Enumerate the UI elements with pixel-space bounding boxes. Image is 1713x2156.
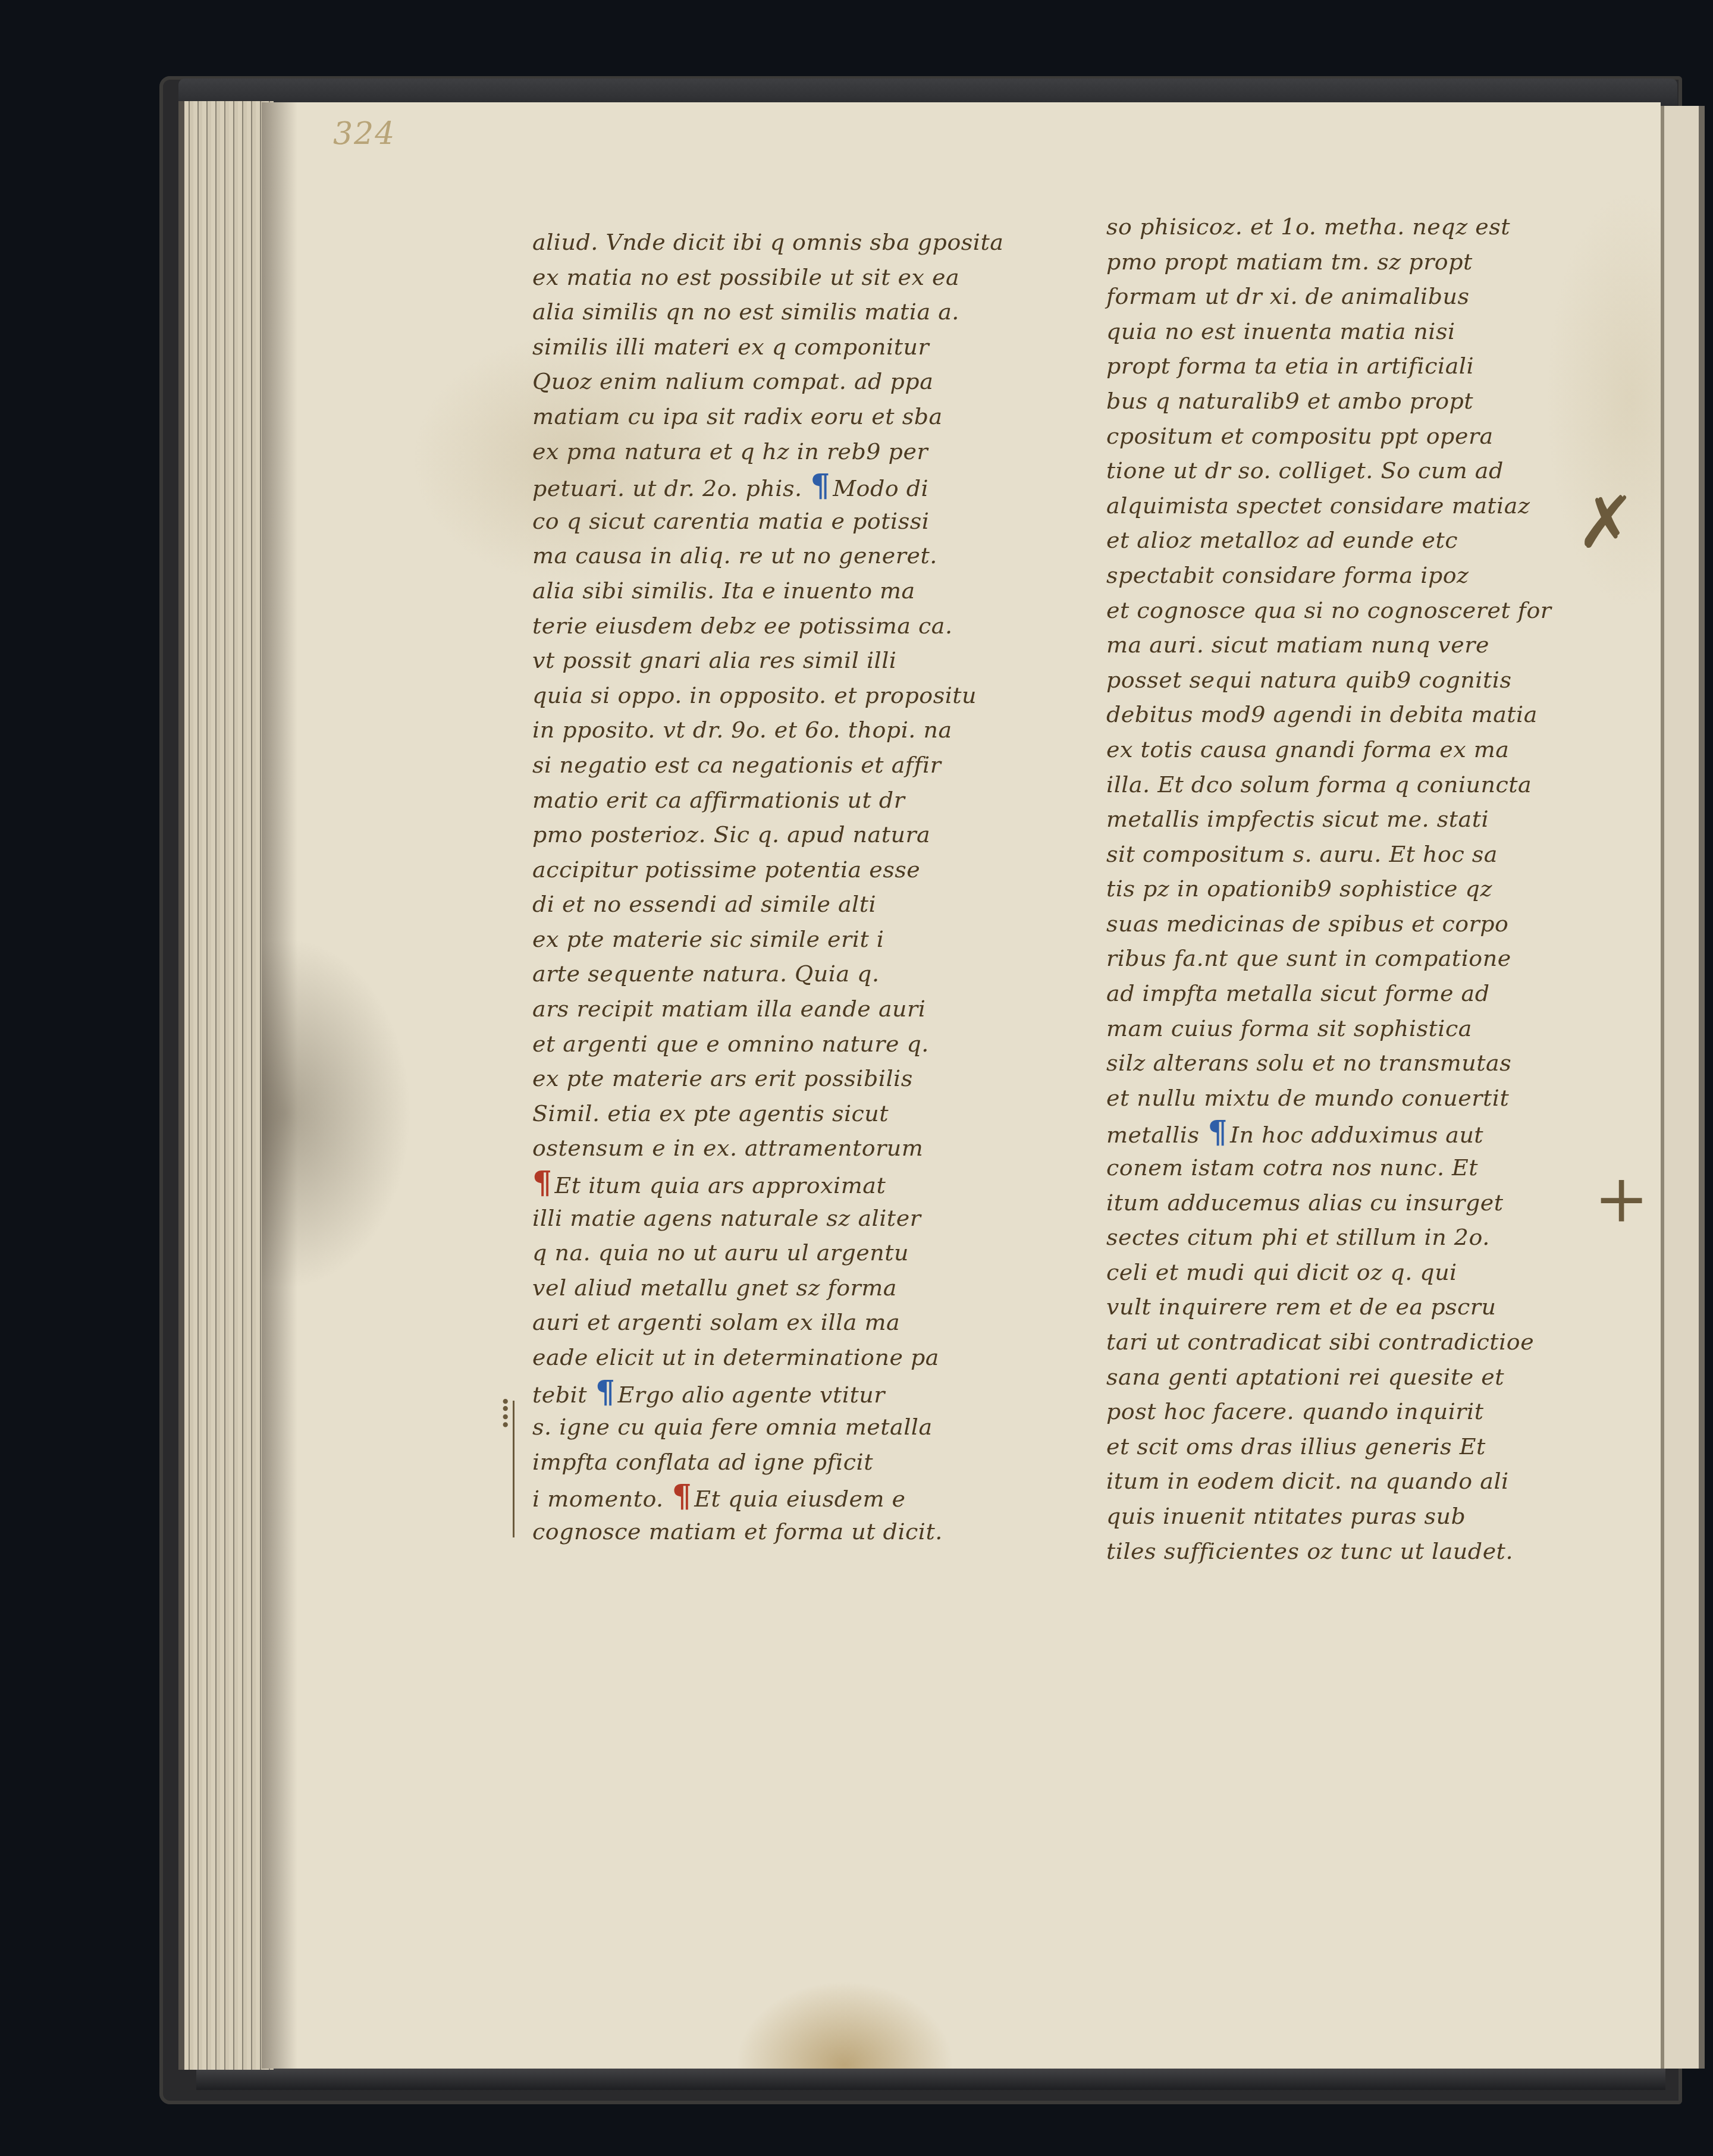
line-text: itum in eodem dicit. na quando ali: [1106, 1468, 1509, 1494]
text-line: pmo posterioz. Sic q. apud natura: [532, 817, 1044, 852]
folio-number: 324: [333, 116, 396, 152]
line-text: silz alterans solu et no transmutas: [1106, 1050, 1511, 1076]
text-line: post hoc facere. quando inquirit: [1106, 1394, 1630, 1429]
line-text: pmo propt matiam tm. sz propt: [1106, 249, 1473, 275]
text-line: suas medicinas de spibus et corpo: [1106, 906, 1630, 942]
bracket-mark-icon: ⁞: [500, 1392, 511, 1433]
text-line: Simil. etia ex pte agentis sicut: [532, 1096, 1044, 1131]
text-line: illa. Et dco solum forma q coniuncta: [1106, 767, 1630, 802]
text-line: i momento.¶Et quia eiusdem e: [532, 1479, 1044, 1514]
margin-bracket-line: [513, 1401, 514, 1537]
line-text: matio erit ca affirmationis ut dr: [532, 787, 905, 813]
line-text: et nullu mixtu de mundo conuertit: [1106, 1085, 1509, 1111]
text-line: tari ut contradicat sibi contradictioe: [1106, 1325, 1630, 1360]
text-line: ex pte materie ars erit possibilis: [532, 1061, 1044, 1096]
text-line: metallis¶In hoc adduximus aut: [1106, 1115, 1630, 1150]
text-line: ex matia no est possibile ut sit ex ea: [532, 260, 1044, 295]
line-text: vult inquirere rem et de ea pscru: [1106, 1294, 1496, 1320]
text-line: bus q naturalib9 et ambo propt: [1106, 384, 1630, 419]
text-line: ex totis causa gnandi forma ex ma: [1106, 732, 1630, 767]
text-line: celi et mudi qui dicit oz q. qui: [1106, 1255, 1630, 1290]
text-line: itum in eodem dicit. na quando ali: [1106, 1464, 1630, 1499]
text-line: impfta conflata ad igne pficit: [532, 1445, 1044, 1480]
text-line: formam ut dr xi. de animalibus: [1106, 279, 1630, 314]
line-text: alia sibi similis. Ita e inuento ma: [532, 578, 915, 604]
line-text: Quoz enim nalium compat. ad ppa: [532, 368, 933, 394]
text-column-left: aliud. Vnde dicit ibi q omnis sba gposit…: [532, 225, 1044, 1549]
line-text: ad impfta metalla sicut forme ad: [1106, 980, 1490, 1006]
text-line: et argenti que e omnino nature q.: [532, 1027, 1044, 1062]
line-text: post hoc facere. quando inquirit: [1106, 1398, 1483, 1424]
text-line: ars recipit matiam illa eande auri: [532, 991, 1044, 1027]
line-text: et argenti que e omnino nature q.: [532, 1031, 929, 1057]
text-line: vt possit gnari alia res simil illi: [532, 643, 1044, 678]
line-text: ostensum e in ex. attramentorum: [532, 1135, 923, 1161]
text-line: sana genti aptationi rei quesite et: [1106, 1360, 1630, 1395]
text-line: q na. quia no ut auru ul argentu: [532, 1235, 1044, 1270]
line-text: tari ut contradicat sibi contradictioe: [1106, 1329, 1534, 1355]
text-line: ex pma natura et q hz in reb9 per: [532, 434, 1044, 469]
line-text: cognosce matiam et forma ut dicit.: [532, 1518, 943, 1545]
text-line: so phisicoz. et 1o. metha. neqz est: [1106, 209, 1630, 244]
text-line: auri et argenti solam ex illa ma: [532, 1305, 1044, 1340]
text-line: matio erit ca affirmationis ut dr: [532, 783, 1044, 818]
text-line: alia similis qn no est similis matia a.: [532, 294, 1044, 329]
line-text: auri et argenti solam ex illa ma: [532, 1309, 900, 1335]
line-text: petuari. ut dr. 2o. phis.: [532, 475, 802, 501]
line-text: propt forma ta etia in artificiali: [1106, 353, 1474, 379]
text-line: ex pte materie sic simile erit i: [532, 922, 1044, 957]
line-text: suas medicinas de spibus et corpo: [1106, 911, 1508, 937]
cross-mark-icon: +: [1594, 1166, 1649, 1231]
line-text: matiam cu ipa sit radix eoru et sba: [532, 403, 943, 429]
text-line: petuari. ut dr. 2o. phis.¶Modo di: [532, 469, 1044, 504]
text-line: quia si oppo. in opposito. et propositu: [532, 678, 1044, 713]
text-line: si negatio est ca negationis et affir: [532, 748, 1044, 783]
line-text: metallis: [1106, 1122, 1199, 1148]
line-text: ribus fa.nt que sunt in compatione: [1106, 945, 1511, 971]
page-edge-stack: [178, 101, 274, 2070]
line-text: conem istam cotra nos nunc. Et: [1106, 1154, 1478, 1181]
next-leaf-edge: [1661, 106, 1705, 2069]
text-line: alia sibi similis. Ita e inuento ma: [532, 573, 1044, 608]
line-text: ma auri. sicut matiam nunq vere: [1106, 632, 1489, 658]
text-line: sectes citum phi et stillum in 2o.: [1106, 1220, 1630, 1255]
line-text: di et no essendi ad simile alti: [532, 891, 876, 917]
line-text: arte sequente natura. Quia q.: [532, 961, 880, 987]
line-text: tiles sufficientes oz tunc ut laudet.: [1106, 1538, 1513, 1564]
line-text: so phisicoz. et 1o. metha. neqz est: [1106, 214, 1510, 240]
text-line: illi matie agens naturale sz aliter: [532, 1201, 1044, 1236]
text-line: posset sequi natura quib9 cognitis: [1106, 663, 1630, 698]
pilcrow-blue-icon: ¶: [1207, 1114, 1228, 1150]
pilcrow-red-icon: ¶: [672, 1478, 692, 1514]
line-text: tis pz in opationib9 sophistice qz: [1106, 875, 1492, 902]
text-line: propt forma ta etia in artificiali: [1106, 349, 1630, 384]
pilcrow-red-icon: ¶: [532, 1165, 553, 1201]
text-line: ostensum e in ex. attramentorum: [532, 1131, 1044, 1166]
line-text: ex pte materie ars erit possibilis: [532, 1065, 913, 1091]
line-text: ex matia no est possibile ut sit ex ea: [532, 264, 959, 290]
line-text: metallis impfectis sicut me. stati: [1106, 806, 1489, 832]
line-text: eade elicit ut in determinatione pa: [532, 1344, 939, 1370]
line-text: alquimista spectet considare matiaz: [1106, 492, 1530, 519]
text-line: Quoz enim nalium compat. ad ppa: [532, 364, 1044, 399]
text-line: s. igne cu quia fere omnia metalla: [532, 1410, 1044, 1445]
text-line: ribus fa.nt que sunt in compatione: [1106, 941, 1630, 976]
line-text: vel aliud metallu gnet sz forma: [532, 1275, 897, 1301]
text-line: sit compositum s. auru. Et hoc sa: [1106, 837, 1630, 872]
line-text: sana genti aptationi rei quesite et: [1106, 1364, 1504, 1390]
line-text: quis inuenit ntitates puras sub: [1106, 1503, 1466, 1529]
line-text: quia no est inuenta matia nisi: [1106, 318, 1455, 344]
text-line: et scit oms dras illius generis Et: [1106, 1429, 1630, 1464]
text-line: ad impfta metalla sicut forme ad: [1106, 976, 1630, 1011]
text-line: tiles sufficientes oz tunc ut laudet.: [1106, 1534, 1630, 1569]
text-line: tione ut dr so. colliget. So cum ad: [1106, 453, 1630, 488]
text-line: et cognosce qua si no cognosceret for: [1106, 593, 1630, 628]
text-line: debitus mod9 agendi in debita matia: [1106, 697, 1630, 732]
line-text: et cognosce qua si no cognosceret for: [1106, 597, 1551, 623]
line-text: alia similis qn no est similis matia a.: [532, 299, 959, 325]
text-line: similis illi materi ex q componitur: [532, 329, 1044, 365]
line-text: ex totis causa gnandi forma ex ma: [1106, 736, 1509, 762]
line-text: sectes citum phi et stillum in 2o.: [1106, 1224, 1490, 1250]
line-text: aliud. Vnde dicit ibi q omnis sba gposit…: [532, 229, 1003, 255]
text-line: spectabit considare forma ipoz: [1106, 558, 1630, 593]
text-column-right: so phisicoz. et 1o. metha. neqz estpmo p…: [1106, 209, 1630, 1568]
text-line: mam cuius forma sit sophistica: [1106, 1011, 1630, 1046]
line-text: similis illi materi ex q componitur: [532, 334, 929, 360]
text-line: tis pz in opationib9 sophistice qz: [1106, 871, 1630, 906]
text-line: cpositum et compositu ppt opera: [1106, 419, 1630, 454]
text-line: tebit¶Ergo alio agente vtitur: [532, 1375, 1044, 1410]
text-line: cognosce matiam et forma ut dicit.: [532, 1514, 1044, 1549]
text-line: quis inuenit ntitates puras sub: [1106, 1499, 1630, 1534]
text-line: ¶Et itum quia ars approximat: [532, 1166, 1044, 1201]
line-text: ex pte materie sic simile erit i: [532, 926, 884, 952]
line-text: in pposito. vt dr. 9o. et 6o. thopi. na: [532, 717, 952, 743]
line-text: ma causa in aliq. re ut no generet.: [532, 542, 937, 569]
line-text: tione ut dr so. colliget. So cum ad: [1106, 457, 1504, 484]
line-text: pmo posterioz. Sic q. apud natura: [532, 821, 930, 848]
line-text: q na. quia no ut auru ul argentu: [532, 1239, 909, 1266]
line-text: posset sequi natura quib9 cognitis: [1106, 667, 1511, 693]
text-line: matiam cu ipa sit radix eoru et sba: [532, 399, 1044, 434]
line-text: s. igne cu quia fere omnia metalla: [532, 1414, 933, 1440]
text-line: ma auri. sicut matiam nunq vere: [1106, 627, 1630, 663]
line-text-after-pilcrow: Modo di: [833, 475, 928, 501]
line-text: tebit: [532, 1382, 587, 1408]
text-line: et alioz metalloz ad eunde etc: [1106, 523, 1630, 558]
line-text: terie eiusdem debz ee potissima ca.: [532, 613, 953, 639]
line-text: mam cuius forma sit sophistica: [1106, 1015, 1472, 1041]
pilcrow-blue-icon: ¶: [811, 467, 831, 504]
text-line: ma causa in aliq. re ut no generet.: [532, 538, 1044, 573]
line-text: co q sicut carentia matia e potissi: [532, 508, 929, 534]
text-line: di et no essendi ad simile alti: [532, 887, 1044, 922]
line-text: sit compositum s. auru. Et hoc sa: [1106, 841, 1498, 867]
line-text: i momento.: [532, 1486, 664, 1512]
text-line: accipitur potissime potentia esse: [532, 852, 1044, 887]
line-text: accipitur potissime potentia esse: [532, 856, 920, 883]
cross-mark-icon: ✗: [1576, 488, 1636, 559]
line-text: debitus mod9 agendi in debita matia: [1106, 701, 1538, 727]
text-line: metallis impfectis sicut me. stati: [1106, 802, 1630, 837]
text-line: in pposito. vt dr. 9o. et 6o. thopi. na: [532, 713, 1044, 748]
line-text: impfta conflata ad igne pficit: [532, 1449, 873, 1475]
line-text-after-pilcrow: Et quia eiusdem e: [694, 1486, 905, 1512]
line-text-after-pilcrow: Et itum quia ars approximat: [555, 1172, 886, 1198]
line-text-after-pilcrow: Ergo alio agente vtitur: [618, 1382, 885, 1408]
line-text: et alioz metalloz ad eunde etc: [1106, 527, 1458, 553]
line-text: ars recipit matiam illa eande auri: [532, 996, 925, 1022]
line-text: spectabit considare forma ipoz: [1106, 562, 1469, 588]
line-text: quia si oppo. in opposito. et propositu: [532, 682, 977, 708]
line-text: formam ut dr xi. de animalibus: [1106, 283, 1470, 309]
line-text-after-pilcrow: In hoc adduximus aut: [1230, 1122, 1483, 1148]
text-line: eade elicit ut in determinatione pa: [532, 1340, 1044, 1375]
line-text: vt possit gnari alia res simil illi: [532, 647, 897, 673]
line-text: et scit oms dras illius generis Et: [1106, 1433, 1486, 1460]
line-text: Simil. etia ex pte agentis sicut: [532, 1100, 889, 1126]
line-text: cpositum et compositu ppt opera: [1106, 423, 1494, 449]
text-line: terie eiusdem debz ee potissima ca.: [532, 608, 1044, 644]
line-text: illa. Et dco solum forma q coniuncta: [1106, 771, 1532, 798]
text-line: co q sicut carentia matia e potissi: [532, 504, 1044, 539]
line-text: bus q naturalib9 et ambo propt: [1106, 388, 1473, 414]
line-text: ex pma natura et q hz in reb9 per: [532, 438, 928, 465]
text-line: itum adducemus alias cu insurget: [1106, 1185, 1630, 1220]
pilcrow-blue-icon: ¶: [595, 1374, 616, 1410]
line-text: si negatio est ca negationis et affir: [532, 752, 941, 778]
text-line: vel aliud metallu gnet sz forma: [532, 1270, 1044, 1305]
line-text: itum adducemus alias cu insurget: [1106, 1190, 1504, 1216]
text-line: alquimista spectet considare matiaz: [1106, 488, 1630, 523]
text-line: et nullu mixtu de mundo conuertit: [1106, 1081, 1630, 1116]
text-line: conem istam cotra nos nunc. Et: [1106, 1150, 1630, 1185]
text-line: aliud. Vnde dicit ibi q omnis sba gposit…: [532, 225, 1044, 260]
text-line: arte sequente natura. Quia q.: [532, 956, 1044, 991]
text-line: silz alterans solu et no transmutas: [1106, 1046, 1630, 1081]
line-text: celi et mudi qui dicit oz q. qui: [1106, 1259, 1457, 1285]
text-line: quia no est inuenta matia nisi: [1106, 314, 1630, 349]
text-line: pmo propt matiam tm. sz propt: [1106, 244, 1630, 280]
gutter-shadow: [262, 102, 297, 2069]
text-line: vult inquirere rem et de ea pscru: [1106, 1289, 1630, 1325]
line-text: illi matie agens naturale sz aliter: [532, 1205, 921, 1231]
